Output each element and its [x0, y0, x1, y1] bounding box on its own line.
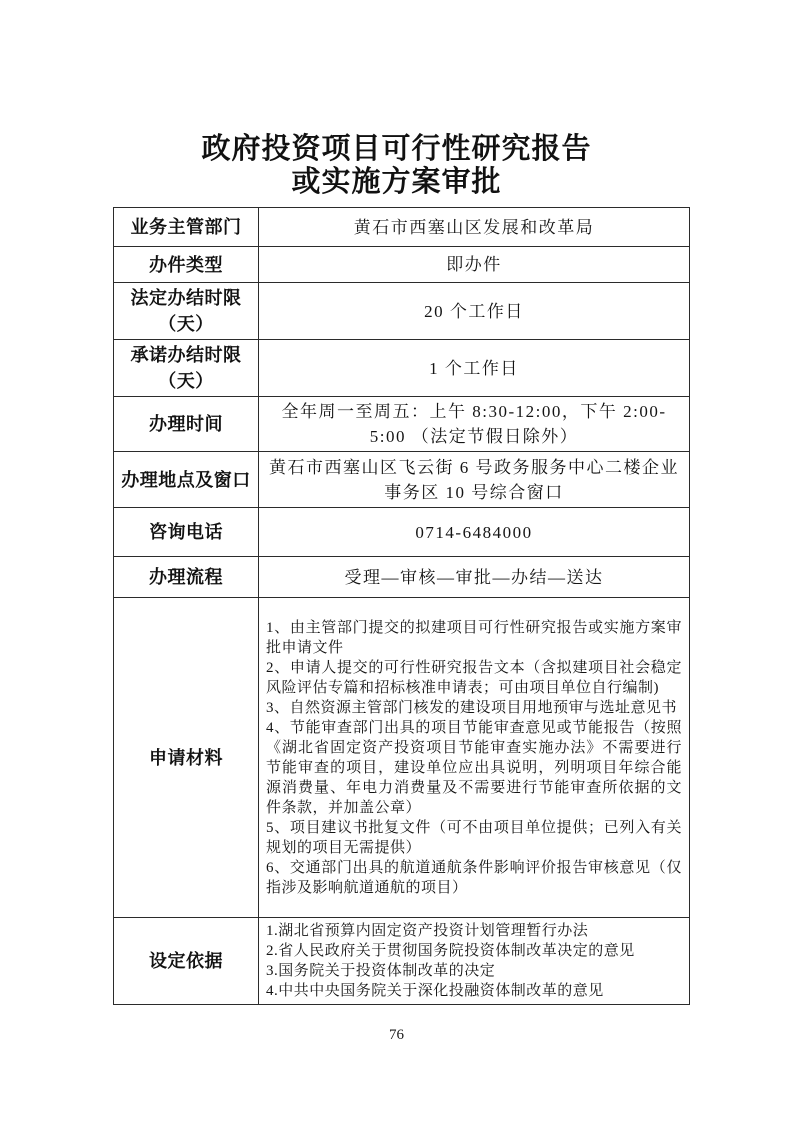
row-label: 咨询电话	[114, 508, 259, 557]
table-row-department: 业务主管部门 黄石市西塞山区发展和改革局	[114, 208, 690, 247]
table-row-office-hours: 办理时间 全年周一至周五：上午 8:30-12:00，下午 2:00-5:00 …	[114, 397, 690, 452]
document-title: 政府投资项目可行性研究报告 或实施方案审批	[0, 133, 793, 199]
title-line-1: 政府投资项目可行性研究报告	[0, 133, 793, 166]
list-item: 4.中共中央国务院关于深化投融资体制改革的意见	[266, 981, 682, 1001]
document-page: 政府投资项目可行性研究报告 或实施方案审批 业务主管部门 黄石市西塞山区发展和改…	[0, 0, 793, 1122]
row-value: 0714-6484000	[259, 508, 690, 557]
row-label: 办理时间	[114, 397, 259, 452]
table-row-application-materials: 申请材料 1、由主管部门提交的拟建项目可行性研究报告或实施方案审批申请文件 2、…	[114, 598, 690, 918]
list-item: 5、项目建议书批复文件（可不由项目单位提供；已列入有关规划的项目无需提供）	[266, 818, 682, 858]
list-item: 3、自然资源主管部门核发的建设项目用地预审与选址意见书	[266, 698, 682, 718]
row-label: 业务主管部门	[114, 208, 259, 247]
list-item: 4、节能审查部门出具的项目节能审查意见或节能报告（按照《湖北省固定资产投资项目节…	[266, 718, 682, 818]
table-row-location-window: 办理地点及窗口 黄石市西塞山区飞云街 6 号政务服务中心二楼企业事务区 10 号…	[114, 452, 690, 508]
row-label: 法定办结时限（天）	[114, 283, 259, 340]
row-label: 办理地点及窗口	[114, 452, 259, 508]
table-row-item-type: 办件类型 即办件	[114, 247, 690, 283]
row-label: 办理流程	[114, 557, 259, 598]
row-value: 受理—审核—审批—办结—送达	[259, 557, 690, 598]
row-value: 即办件	[259, 247, 690, 283]
list-item: 1、由主管部门提交的拟建项目可行性研究报告或实施方案审批申请文件	[266, 618, 682, 658]
row-value: 黄石市西塞山区发展和改革局	[259, 208, 690, 247]
row-value-list: 1、由主管部门提交的拟建项目可行性研究报告或实施方案审批申请文件 2、申请人提交…	[259, 598, 690, 918]
row-label: 申请材料	[114, 598, 259, 918]
row-label: 办件类型	[114, 247, 259, 283]
row-value: 黄石市西塞山区飞云街 6 号政务服务中心二楼企业事务区 10 号综合窗口	[259, 452, 690, 508]
page-number: 76	[0, 1027, 793, 1044]
list-item: 2.省人民政府关于贯彻国务院投资体制改革决定的意见	[266, 941, 682, 961]
table-row-statutory-time-limit: 法定办结时限（天） 20 个工作日	[114, 283, 690, 340]
row-label: 设定依据	[114, 918, 259, 1005]
table-row-promised-time-limit: 承诺办结时限（天） 1 个工作日	[114, 340, 690, 397]
title-line-2: 或实施方案审批	[0, 166, 793, 199]
row-value-list: 1.湖北省预算内固定资产投资计划管理暂行办法 2.省人民政府关于贯彻国务院投资体…	[259, 918, 690, 1005]
table-row-setting-basis: 设定依据 1.湖北省预算内固定资产投资计划管理暂行办法 2.省人民政府关于贯彻国…	[114, 918, 690, 1005]
list-item: 6、交通部门出具的航道通航条件影响评价报告审核意见（仅指涉及影响航道通航的项目）	[266, 858, 682, 898]
row-label: 承诺办结时限（天）	[114, 340, 259, 397]
list-item: 3.国务院关于投资体制改革的决定	[266, 961, 682, 981]
approval-info-table: 业务主管部门 黄石市西塞山区发展和改革局 办件类型 即办件 法定办结时限（天） …	[113, 207, 690, 1005]
list-item: 2、申请人提交的可行性研究报告文本（含拟建项目社会稳定风险评估专篇和招标核准申请…	[266, 658, 682, 698]
table-row-process: 办理流程 受理—审核—审批—办结—送达	[114, 557, 690, 598]
row-value: 全年周一至周五：上午 8:30-12:00，下午 2:00-5:00 （法定节假…	[259, 397, 690, 452]
row-value: 1 个工作日	[259, 340, 690, 397]
table-row-phone: 咨询电话 0714-6484000	[114, 508, 690, 557]
list-item: 1.湖北省预算内固定资产投资计划管理暂行办法	[266, 921, 682, 941]
row-value: 20 个工作日	[259, 283, 690, 340]
